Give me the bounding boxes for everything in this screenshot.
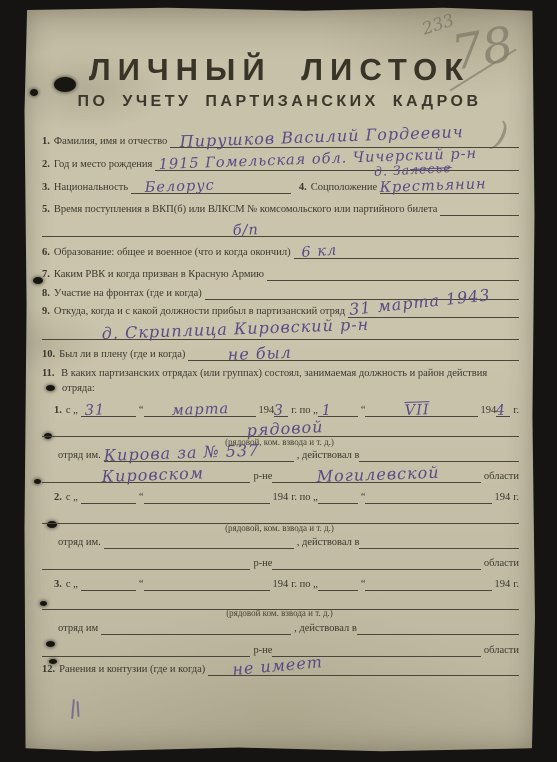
- service-entry-region: р-не области: [42, 556, 519, 570]
- field-number: 10.: [42, 348, 59, 361]
- field-label: Был ли в плену (где и когда): [59, 348, 188, 361]
- label-from: с „: [66, 578, 81, 591]
- quote-mark: “: [136, 404, 144, 417]
- handwritten-rank: рядовой: [246, 420, 323, 438]
- district-line: [42, 556, 250, 570]
- label-from: с „: [66, 404, 81, 417]
- field-label: Соцположение: [311, 181, 381, 194]
- label-from: с „: [66, 491, 81, 504]
- handwritten-detachment: Кирова за № 537: [103, 444, 259, 463]
- field-line: [440, 202, 519, 216]
- rank-caption: (рядовой, ком. взвода и т. д.): [24, 437, 535, 447]
- handwritten-note: д. Залесье: [374, 161, 452, 179]
- handwritten-month: VII: [404, 403, 429, 418]
- field-line: Белорус: [131, 180, 291, 194]
- year-printed: 194: [478, 404, 497, 417]
- rank-line: рядовой: [42, 423, 519, 437]
- quote-mark: “: [136, 578, 144, 591]
- page-title: ЛИЧНЫЙ ЛИСТОК: [24, 52, 535, 88]
- document-sheet: 233 78 ) ЛИЧНЫЙ ЛИСТОК ПО УЧЕТУ ПАРТИЗАН…: [24, 7, 535, 752]
- field-line: 31 марта 1943: [348, 304, 519, 318]
- year-line: 3: [274, 403, 288, 417]
- handwritten-value: не имеет: [232, 655, 324, 677]
- district-line: [42, 643, 250, 657]
- year-printed: 194: [256, 404, 275, 417]
- field-label: Год и место рождения: [54, 158, 155, 171]
- label-to: г. по „: [288, 491, 318, 504]
- field-line: б/п: [42, 223, 519, 237]
- photo-background: 233 78 ) ЛИЧНЫЙ ЛИСТОК ПО УЧЕТУ ПАРТИЗАН…: [0, 0, 557, 762]
- handwritten-value: Крестьянин: [380, 177, 487, 195]
- handwritten-value: Белорус: [145, 179, 215, 195]
- year-printed: 194: [492, 578, 511, 591]
- handwritten-value: б/п: [232, 223, 259, 238]
- quote-mark: “: [358, 578, 366, 591]
- month-line: [144, 490, 270, 504]
- day-line: [318, 490, 358, 504]
- label-acted: , действовал в: [294, 536, 360, 549]
- label-oblast: области: [481, 644, 519, 657]
- stain-spot: [34, 479, 41, 484]
- label-detachment: отряд им: [58, 622, 101, 635]
- field-arrival: 9. Откуда, когда и с какой должности при…: [42, 304, 519, 318]
- service-entry-dates: 1. с „ 31 “ марта 194 3 г. по „ 1 “ VII …: [54, 403, 519, 417]
- note-text: д. За: [374, 162, 411, 179]
- field-number: 5.: [42, 203, 54, 216]
- quote-mark: “: [136, 491, 144, 504]
- field-label: Образование: общее и военное (что и когд…: [54, 246, 294, 259]
- label-district: р-не: [250, 557, 272, 570]
- label-year: г.: [510, 491, 519, 504]
- service-entry-detachment: отряд им. , действовал в: [58, 535, 519, 549]
- service-entry-dates: 3. с „ “ 194 г. по „ “ 194 г.: [54, 577, 519, 591]
- label-detachment: отряд им.: [58, 536, 104, 549]
- handwritten-day: 1: [321, 404, 332, 418]
- label-district: р-не: [250, 644, 272, 657]
- field-label: Каким РВК и когда призван в Красную Арми…: [54, 268, 267, 281]
- service-entry-detachment: отряд им , действовал в: [58, 621, 519, 635]
- field-number: 4.: [291, 181, 311, 194]
- quote-mark: “: [358, 491, 366, 504]
- field-number: 11.: [42, 368, 59, 379]
- field-label: Участие на фронтах (где и когда): [54, 287, 205, 300]
- acted-line: [359, 448, 519, 462]
- label-detachment: отряд им.: [58, 449, 104, 462]
- field-label: Фамилия, имя и отчество: [54, 135, 170, 148]
- year-printed: 194: [270, 578, 289, 591]
- field-detachments-header: 11. В каких партизанских отрядах (или гр…: [42, 367, 519, 381]
- handwritten-oblast: Могилевской: [317, 466, 440, 484]
- entry-number: 3.: [54, 578, 66, 591]
- acted-line: [359, 535, 519, 549]
- handwritten-value: Пирушков Василий Гордеевич: [180, 125, 464, 149]
- oblast-line: Могилевской: [272, 469, 480, 483]
- month-line: VII: [365, 403, 477, 417]
- stain-spot: [46, 385, 55, 391]
- day-line: 1: [318, 403, 358, 417]
- handwritten-month: марта: [171, 402, 229, 418]
- day-line: [81, 490, 136, 504]
- label-to: г. по „: [288, 578, 318, 591]
- page-subtitle: ПО УЧЕТУ ПАРТИЗАНСКИХ КАДРОВ: [24, 93, 535, 111]
- field-party: 5. Время поступления в ВКП(б) или ВЛКСМ …: [42, 202, 519, 216]
- handwritten-value: д. Скриплица Кировский р-н: [102, 318, 370, 341]
- field-party-answer: б/п: [42, 223, 519, 237]
- field-label: Ранения и контузии (где и когда): [59, 663, 208, 676]
- field-number: 12.: [42, 663, 59, 676]
- month-line: [365, 577, 491, 591]
- field-number: 6.: [42, 246, 54, 259]
- field-education: 6. Образование: общее и военное (что и к…: [42, 245, 519, 259]
- month-line: марта: [144, 403, 256, 417]
- detachment-line: [104, 535, 294, 549]
- field-line: Крестьянин: [380, 180, 519, 194]
- service-entry-detachment: отряд им. Кирова за № 537 , действовал в: [58, 448, 519, 462]
- handwritten-day: 31: [84, 403, 105, 418]
- day-line: [318, 577, 358, 591]
- label-acted: , действовал в: [294, 449, 360, 462]
- month-line: [144, 577, 270, 591]
- entry-number: 1.: [54, 404, 66, 417]
- field-label: отряда:: [62, 383, 95, 394]
- handwritten-value: 6 кл: [301, 244, 338, 260]
- rank-caption: (рядовой ком. взвода и т. д.): [24, 608, 535, 618]
- handwritten-year-digit: 4: [496, 404, 507, 418]
- service-entry-rank: [42, 510, 519, 524]
- label-year: г.: [510, 404, 519, 417]
- service-entry-rank: рядовой: [42, 423, 519, 437]
- detachment-line: [101, 621, 291, 635]
- service-entry-region: Кировском р-не Могилевской области: [42, 469, 519, 483]
- field-label: Время поступления в ВКП(б) или ВЛКСМ № к…: [54, 203, 441, 216]
- ink-mark: [76, 701, 79, 717]
- handwritten-year-digit: 3: [274, 404, 285, 418]
- field-nationality-social: 3. Национальность Белорус 4. Соцположени…: [42, 180, 519, 194]
- field-number: 2.: [42, 158, 54, 171]
- field-line: д. Скриплица Кировский р-н: [42, 326, 519, 340]
- label-year: г.: [510, 578, 519, 591]
- field-number: 7.: [42, 268, 54, 281]
- field-line: 6 кл: [294, 245, 519, 259]
- oblast-line: [272, 556, 480, 570]
- field-line: не имеет: [208, 662, 519, 676]
- field-line: не был: [188, 347, 519, 361]
- handwritten-district: Кировском: [102, 466, 205, 484]
- year-printed: 194: [492, 491, 511, 504]
- field-line: [267, 267, 519, 281]
- year-line: 4: [496, 403, 510, 417]
- field-line: 1915 Гомельская обл. Чичерский р-н: [155, 157, 519, 171]
- field-label: Национальность: [54, 181, 131, 194]
- field-label: В каких партизанских отрядах (или группа…: [61, 368, 487, 379]
- label-district: р-не: [250, 470, 272, 483]
- day-line: [81, 577, 136, 591]
- acted-line: [357, 621, 519, 635]
- rank-line: [42, 510, 519, 524]
- field-arrival-line2: д. Скриплица Кировский р-н: [42, 326, 519, 340]
- month-line: [365, 490, 491, 504]
- district-line: Кировском: [42, 469, 250, 483]
- field-rvk: 7. Каким РВК и когда призван в Красную А…: [42, 267, 519, 281]
- note-struck: лесье: [410, 160, 452, 177]
- field-number: 1.: [42, 135, 54, 148]
- field-captivity: 10. Был ли в плену (где и когда) не был: [42, 347, 519, 361]
- field-wounds: 12. Ранения и контузии (где и когда) не …: [42, 662, 519, 676]
- field-number: 3.: [42, 181, 54, 194]
- ink-mark: [71, 699, 75, 719]
- field-detachments-header2: отряда:: [62, 382, 519, 396]
- quote-mark: “: [358, 404, 366, 417]
- label-to: г. по „: [288, 404, 318, 417]
- handwritten-value: не был: [228, 346, 293, 362]
- field-number: 9.: [42, 305, 54, 318]
- field-number: 8.: [42, 287, 54, 300]
- rank-caption: (рядовой, ком. взвода и т. д.): [24, 523, 535, 533]
- label-oblast: области: [481, 470, 519, 483]
- label-oblast: области: [481, 557, 519, 570]
- service-entry-dates: 2. с „ “ 194 г. по „ “ 194 г.: [54, 490, 519, 504]
- entry-number: 2.: [54, 491, 66, 504]
- label-acted: , действовал в: [291, 622, 357, 635]
- year-printed: 194: [270, 491, 289, 504]
- detachment-line: Кирова за № 537: [104, 448, 294, 462]
- day-line: 31: [81, 403, 136, 417]
